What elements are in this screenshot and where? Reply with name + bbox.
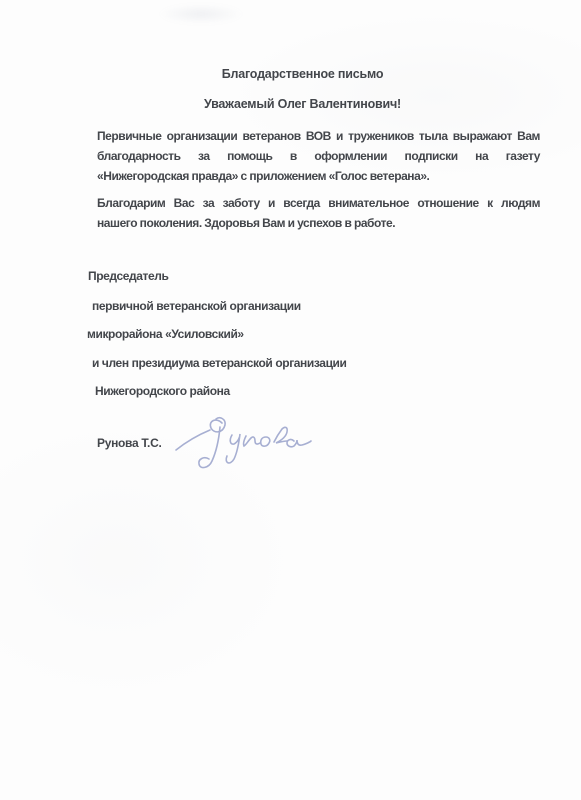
signer-name: Рунова Т.С. xyxy=(97,436,162,451)
handwritten-signature-icon xyxy=(170,414,314,480)
paragraph-line: благодарность за помощь в оформлении под… xyxy=(97,146,540,166)
signature-block-line-organization: первичной ветеранской организации xyxy=(92,299,301,314)
scanned-letter-page: Благодарственное письмо Уважаемый Олег В… xyxy=(0,0,581,800)
signature-block-line-district: микрорайона «Усиловский» xyxy=(87,327,244,342)
paragraph-line: нашего поколения. Здоровья Вам и успехов… xyxy=(97,213,540,233)
letter-salutation: Уважаемый Олег Валентинович! xyxy=(81,96,524,112)
letter-paragraph-1: Первичные организации ветеранов ВОВ и тр… xyxy=(97,126,540,186)
scan-smudge xyxy=(158,4,244,24)
letter-paragraph-2: Благодарим Вас за заботу и всегда внимат… xyxy=(97,193,540,233)
letter-title: Благодарственное письмо xyxy=(81,66,524,82)
paragraph-line: «Нижегородская правда» с приложением «Го… xyxy=(97,166,540,186)
handwritten-signature xyxy=(170,414,314,480)
signature-block-line-region: Нижегородского района xyxy=(95,384,230,399)
paragraph-line: Первичные организации ветеранов ВОВ и тр… xyxy=(97,126,540,146)
signature-block-line-position: Председатель xyxy=(88,269,168,284)
signature-block-line-presidium: и член президиума ветеранской организаци… xyxy=(92,356,347,371)
paragraph-line: Благодарим Вас за заботу и всегда внимат… xyxy=(97,193,540,213)
